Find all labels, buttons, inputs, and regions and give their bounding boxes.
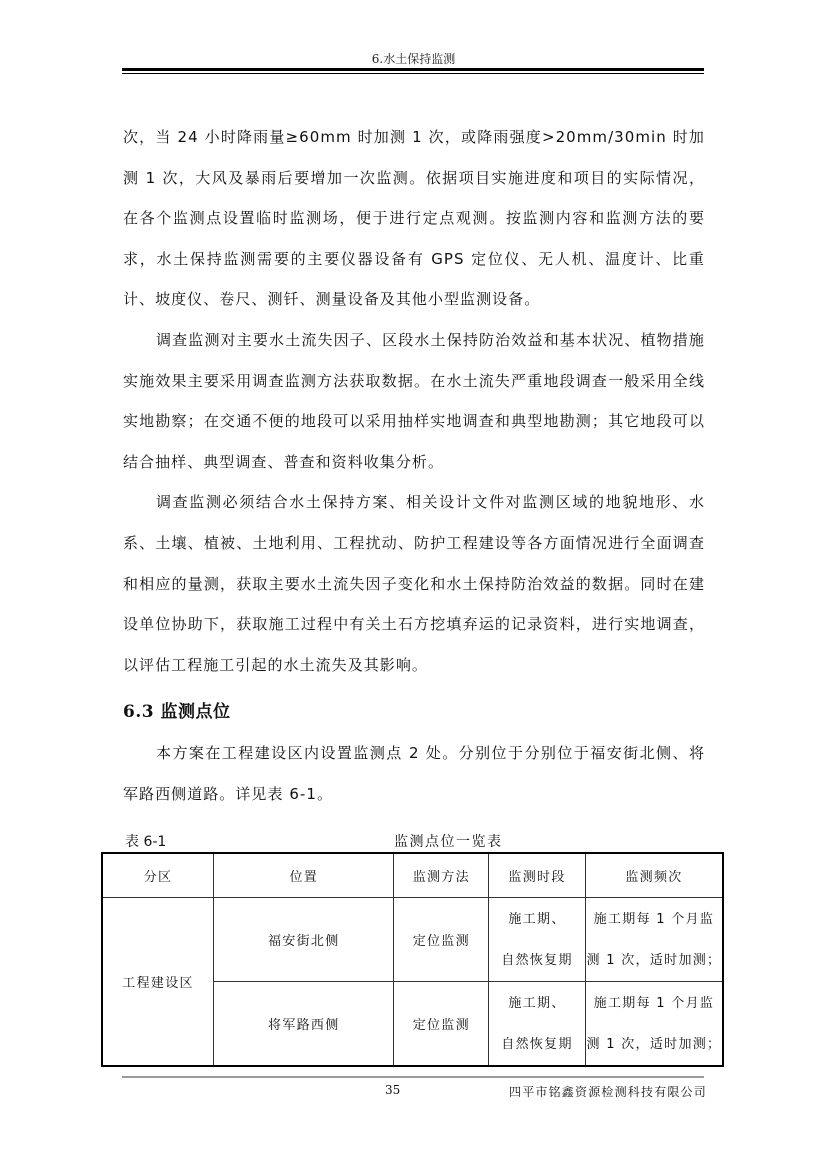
column-header-frequency: 监测频次 xyxy=(585,853,723,898)
company-name: 四平市铭鑫资源检测科技有限公司 xyxy=(509,1083,707,1100)
frequency-cell: 施工期每 1 个月监 测 1 次，适时加测； xyxy=(585,982,723,1067)
frequency-line-1: 施工期每 1 个月监 xyxy=(586,983,722,1024)
page-number: 35 xyxy=(385,1083,400,1097)
frequency-cell: 施工期每 1 个月监 测 1 次，适时加测； xyxy=(585,898,723,982)
column-header-zone: 分区 xyxy=(102,853,214,898)
section-heading: 6.3 监测点位 xyxy=(123,697,231,722)
page-header-title: 6.水土保持监测 xyxy=(0,50,827,67)
period-cell: 施工期、 自然恢复期 xyxy=(489,982,586,1067)
method-cell: 定位监测 xyxy=(394,982,489,1067)
table-caption-title: 监测点位一览表 xyxy=(394,831,503,851)
column-header-location: 位置 xyxy=(214,853,394,898)
period-line-1: 施工期、 xyxy=(489,899,585,940)
frequency-line-1: 施工期每 1 个月监 xyxy=(586,899,722,940)
table-caption-number: 表 6-1 xyxy=(125,831,166,851)
period-line-1: 施工期、 xyxy=(489,983,585,1024)
table-header-row: 分区 位置 监测方法 监测时段 监测频次 xyxy=(102,853,723,898)
period-cell: 施工期、 自然恢复期 xyxy=(489,898,586,982)
section-body: 本方案在工程建设区内设置监测点 2 处。分别位于分别位于福安街北侧、将军路西侧道… xyxy=(123,733,705,814)
zone-cell: 工程建设区 xyxy=(102,898,214,1067)
location-cell: 将军路西侧 xyxy=(214,982,394,1067)
body-text: 次，当 24 小时降雨量≥60mm 时加测 1 次，或降雨强度>20mm/30m… xyxy=(123,117,705,685)
paragraph-survey-monitoring: 调查监测对主要水土流失因子、区段水土保持防治效益和基本状况、植物措施实施效果主要… xyxy=(123,320,705,482)
column-header-period: 监测时段 xyxy=(489,853,586,898)
location-cell: 福安街北侧 xyxy=(214,898,394,982)
period-line-2: 自然恢复期 xyxy=(489,940,585,981)
paragraph-monitoring-points: 本方案在工程建设区内设置监测点 2 处。分别位于分别位于福安街北侧、将军路西侧道… xyxy=(123,733,705,814)
header-rule-thick xyxy=(122,68,704,71)
method-cell: 定位监测 xyxy=(394,898,489,982)
table-row: 工程建设区 福安街北侧 定位监测 施工期、 自然恢复期 施工期每 1 个月监 测… xyxy=(102,898,723,982)
frequency-line-2: 测 1 次，适时加测； xyxy=(586,1024,722,1065)
footer-rule xyxy=(122,1076,704,1078)
paragraph-monitoring-frequency: 次，当 24 小时降雨量≥60mm 时加测 1 次，或降雨强度>20mm/30m… xyxy=(123,117,705,320)
paragraph-survey-requirements: 调查监测必须结合水土保持方案、相关设计文件对监测区域的地貌地形、水系、土壤、植被… xyxy=(123,482,705,685)
frequency-line-2: 测 1 次，适时加测； xyxy=(586,940,722,981)
header-rule-thin xyxy=(122,73,704,74)
column-header-method: 监测方法 xyxy=(394,853,489,898)
monitoring-points-table: 分区 位置 监测方法 监测时段 监测频次 工程建设区 福安街北侧 定位监测 施工… xyxy=(101,852,724,1067)
period-line-2: 自然恢复期 xyxy=(489,1024,585,1065)
